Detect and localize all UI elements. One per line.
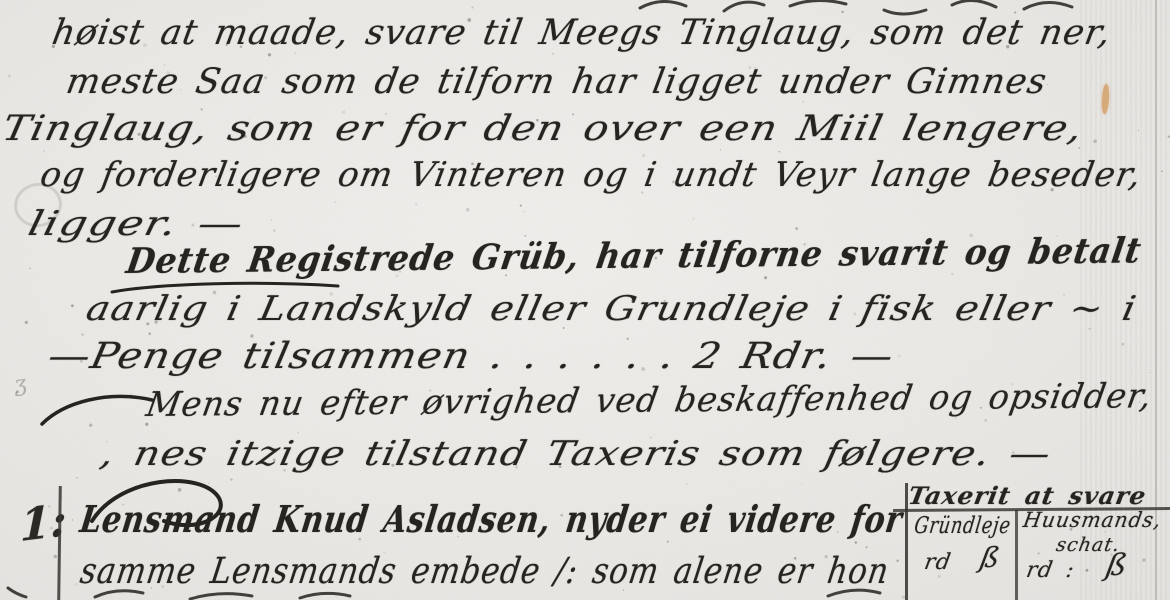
column-title-grundleje: Gründleje bbox=[913, 514, 1013, 539]
manuscript-line: Mens nu efter øvrighed ved beskaffenhed … bbox=[144, 378, 1155, 424]
table-left-rule bbox=[905, 483, 908, 600]
unit-label-rd: rd bbox=[922, 551, 953, 575]
manuscript-line: samme Lensmands embede /: som alene er h… bbox=[78, 552, 892, 592]
manuscript-page: ʒ høist at maade, svare til Meegs Tingla… bbox=[0, 0, 1170, 600]
manuscript-line: , nes itzige tilstand Taxeris som følger… bbox=[97, 436, 1055, 473]
manuscript-line: Lensmand Knud Asladsen, nyder ei videre … bbox=[78, 499, 906, 540]
manuscript-line: —Penge tilsammen . . . . . . 2 Rdr. — bbox=[45, 337, 898, 377]
manuscript-line: Tinglaug, som er for den over een Miil l… bbox=[0, 110, 1086, 149]
table-column-rule bbox=[1015, 510, 1018, 600]
manuscript-line: ligger. — bbox=[25, 206, 248, 243]
page-edge-rule bbox=[1155, 0, 1157, 600]
manuscript-line: meste Saa som de tilforn har ligget unde… bbox=[63, 63, 1050, 102]
unit-label-rd: rd : bbox=[1024, 559, 1076, 583]
table-header: Taxerit at svare bbox=[906, 483, 1149, 509]
column-title-huusmands: Huusmands, bbox=[1021, 509, 1163, 532]
manuscript-line: og forderligere om Vinteren og i undt Ve… bbox=[37, 157, 1144, 194]
manuscript-line: aarlig i Landskyld eller Grundleje i fis… bbox=[83, 291, 1140, 328]
manuscript-line: høist at maade, svare til Meegs Tinglaug… bbox=[49, 14, 1114, 53]
